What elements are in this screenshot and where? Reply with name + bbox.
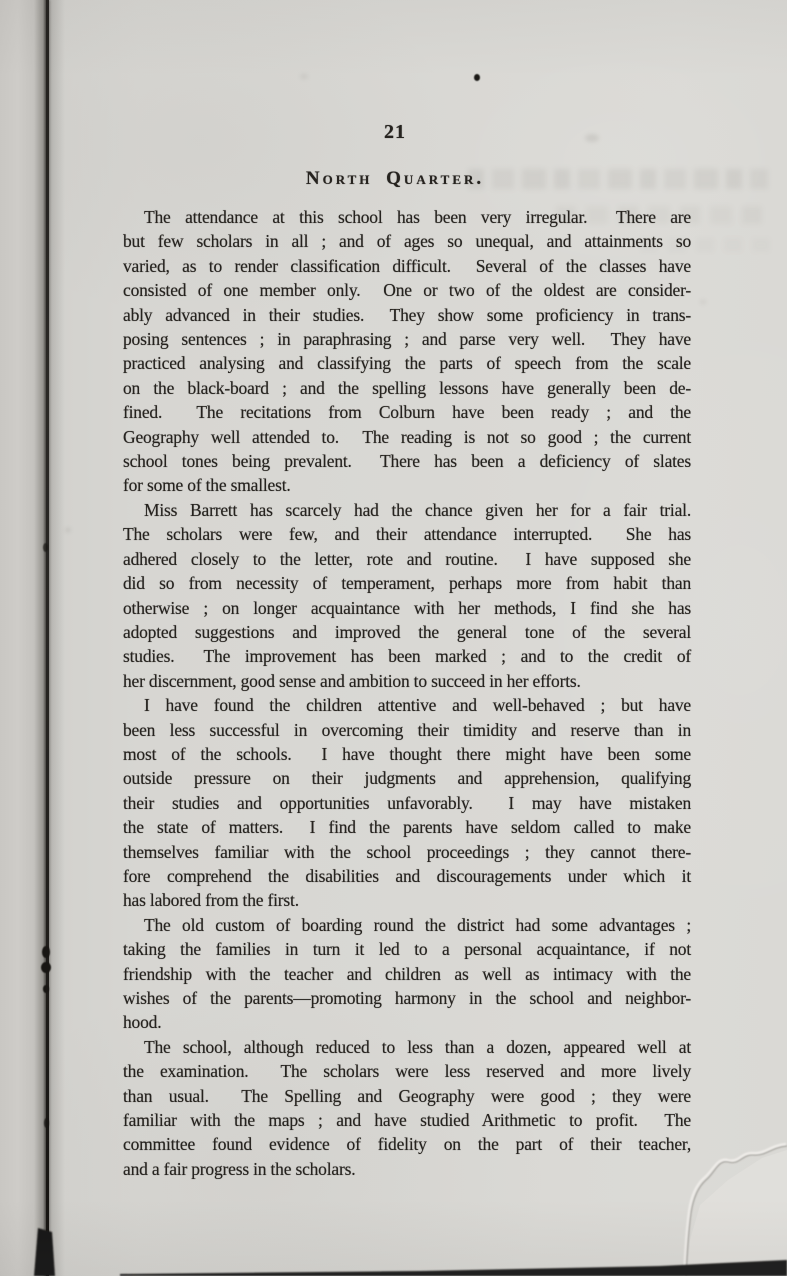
text-line: I have found the children attentive and …: [123, 693, 691, 717]
text-line: been less successful in overcoming their…: [123, 718, 691, 742]
text-line: and a fair progress in the scholars.: [123, 1157, 691, 1181]
paragraph: Miss Barrett has scarcely had the chance…: [123, 498, 691, 693]
torn-corner-area: [687, 1150, 787, 1276]
ink-spot: [474, 74, 480, 81]
page-number: 21: [111, 121, 679, 144]
text-line: practiced analysing and classifying the …: [123, 351, 691, 375]
paper-smudge: [700, 300, 706, 304]
text-line: The school, although reduced to less tha…: [123, 1035, 691, 1059]
text-line: has labored from the first.: [123, 888, 691, 912]
text-line: varied, as to render classification diff…: [123, 254, 691, 278]
text-line: studies. The improvement has been marked…: [123, 644, 691, 668]
paragraph: The school, although reduced to less tha…: [123, 1035, 691, 1181]
text-line: adhered closely to the letter, rote and …: [123, 547, 691, 571]
text-line: fined. The recitations from Colburn have…: [123, 400, 691, 424]
paragraph: The old custom of boarding round the dis…: [123, 913, 691, 1035]
text-line: consisted of one member only. One or two…: [123, 278, 691, 302]
text-line: otherwise ; on longer acquaintance with …: [123, 596, 691, 620]
body-text: The attendance at this school has been v…: [123, 205, 691, 1181]
text-line: Geography well attended to. The reading …: [123, 425, 691, 449]
bottom-scan-edge: [120, 1260, 787, 1276]
text-line: themselves familiar with the school proc…: [123, 840, 691, 864]
ink-blot: [44, 1118, 49, 1128]
paragraph: The attendance at this school has been v…: [123, 205, 691, 498]
text-line: for some of the smallest.: [123, 473, 691, 497]
book-gutter-shadow: [0, 0, 46, 1276]
paragraph: I have found the children attentive and …: [123, 693, 691, 913]
text-line: The attendance at this school has been v…: [123, 205, 691, 229]
text-line: fore comprehend the disabilities and dis…: [123, 864, 691, 888]
gutter-inner-shadow: [49, 0, 65, 1276]
text-line: school tones being prevalent. There has …: [123, 449, 691, 473]
text-line: did so from necessity of temperament, pe…: [123, 571, 691, 595]
ink-blot: [43, 985, 49, 993]
section-heading: North Quarter.: [111, 168, 679, 190]
text-line: The old custom of boarding round the dis…: [123, 913, 691, 937]
text-line: familiar with the maps ; and have studie…: [123, 1108, 691, 1132]
ink-blot: [41, 962, 51, 973]
text-line: the state of matters. I find the parents…: [123, 815, 691, 839]
text-line: outside pressure on their judgments and …: [123, 766, 691, 790]
text-line: but few scholars in all ; and of ages so…: [123, 229, 691, 253]
scanned-book-page: 21 North Quarter. The attendance at this…: [0, 0, 787, 1276]
tear-crease-shadow: [686, 1146, 787, 1276]
ink-blot: [43, 543, 48, 552]
text-line: taking the families in turn it led to a …: [123, 937, 691, 961]
text-line: most of the schools. I have thought ther…: [123, 742, 691, 766]
tear-crease-highlight: [684, 1144, 786, 1276]
paper-smudge: [66, 528, 70, 532]
text-line: committee found evidence of fidelity on …: [123, 1132, 691, 1156]
text-line: their studies and opportunities unfavora…: [123, 791, 691, 815]
text-line: The scholars were few, and their attenda…: [123, 522, 691, 546]
text-line: ably advanced in their studies. They sho…: [123, 303, 691, 327]
ink-blot: [42, 946, 50, 958]
paper-smudge: [300, 74, 308, 79]
text-line: on the black-board ; and the spelling le…: [123, 376, 691, 400]
text-line: than usual. The Spelling and Geography w…: [123, 1084, 691, 1108]
text-line: Miss Barrett has scarcely had the chance…: [123, 498, 691, 522]
text-line: posing sentences ; in paraphrasing ; and…: [123, 327, 691, 351]
text-line: friendship with the teacher and children…: [123, 962, 691, 986]
text-line: hood.: [123, 1010, 691, 1034]
text-line: adopted suggestions and improved the gen…: [123, 620, 691, 644]
text-line: her discernment, good sense and ambition…: [123, 669, 691, 693]
text-line: wishes of the parents—promoting harmony …: [123, 986, 691, 1010]
text-line: the examination. The scholars were less …: [123, 1059, 691, 1083]
